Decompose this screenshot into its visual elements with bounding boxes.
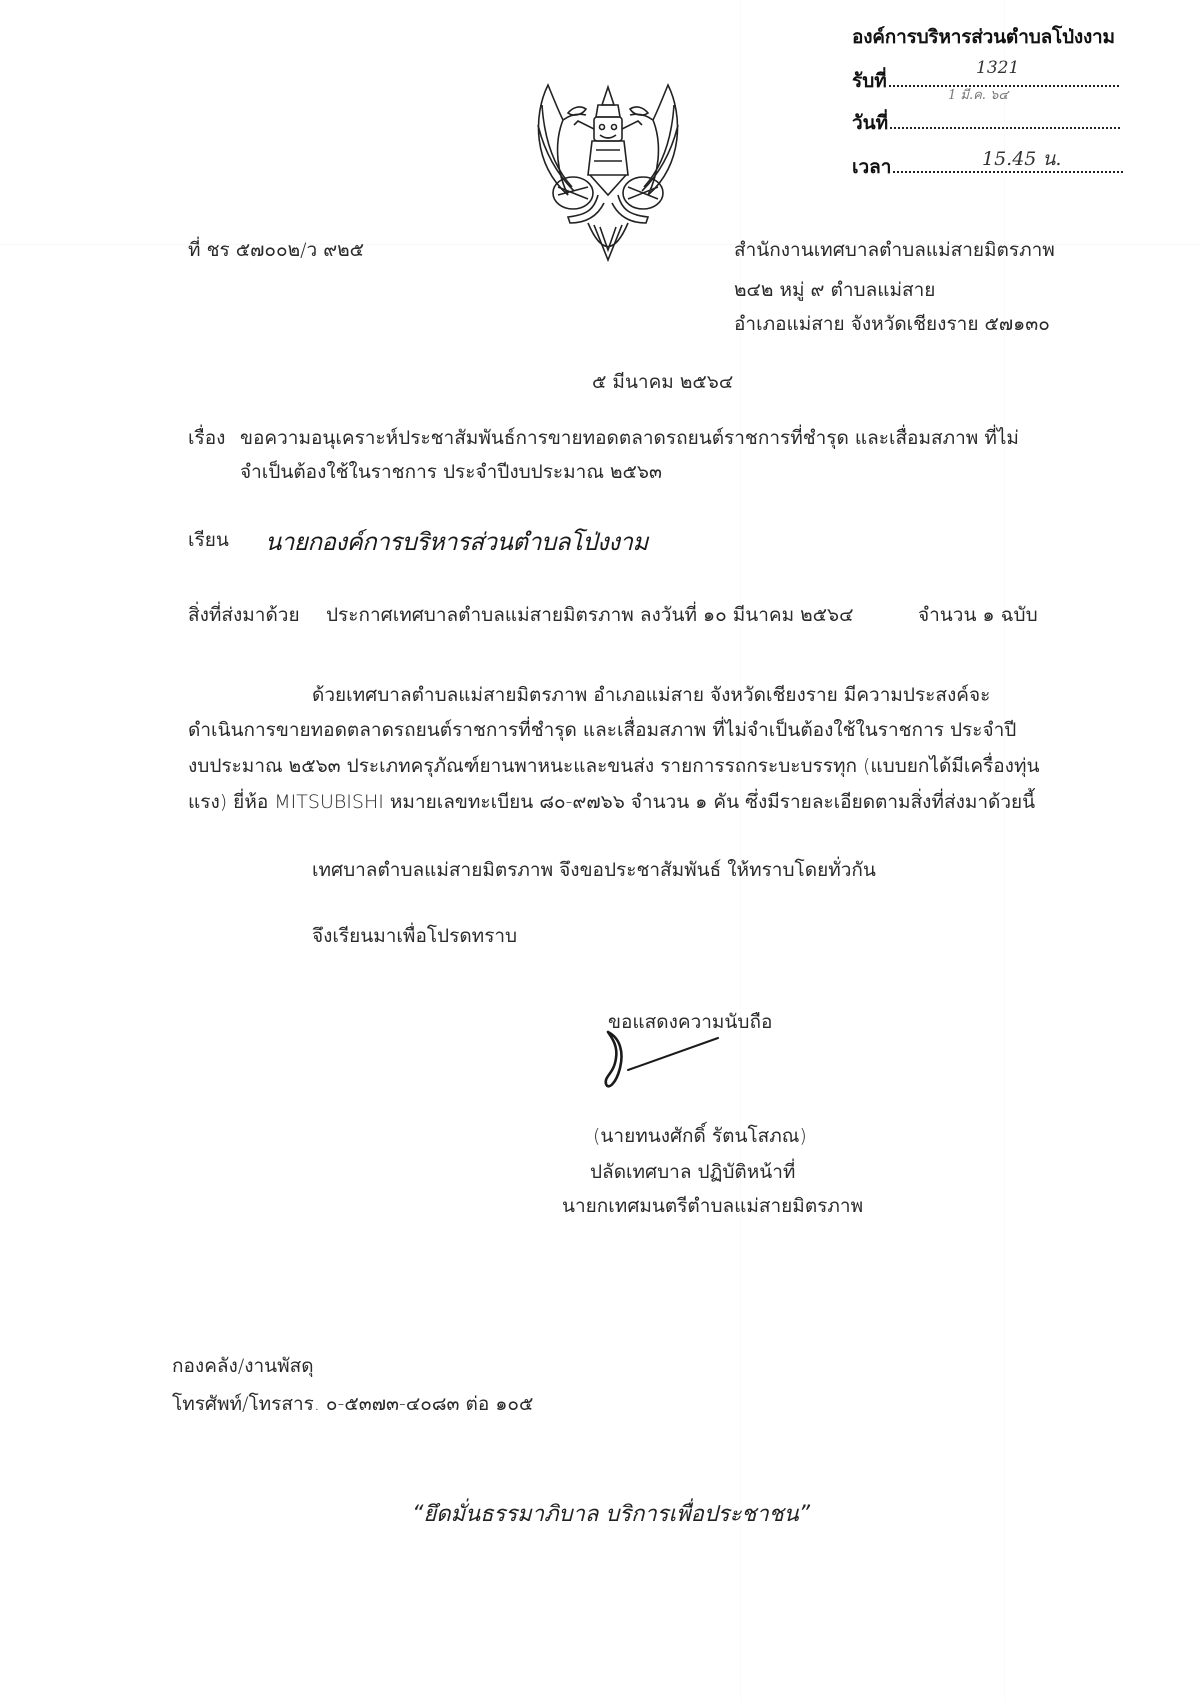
sender-address-line: ๒๔๒ หมู่ ๙ ตำบลแม่สาย xyxy=(734,278,935,302)
signer-title: ปลัดเทศบาล ปฏิบัติหน้าที่ xyxy=(590,1160,795,1184)
subject-line: จำเป็นต้องใช้ในราชการ ประจำปีงบประมาณ ๒๕… xyxy=(240,460,662,484)
stamp-time-value: 15.45 น. xyxy=(982,144,1061,174)
stamp-received-date: 1 มี.ค. ๖๔ xyxy=(948,84,1008,105)
motto: “ยึดมั่นธรรมาภิบาล บริการเพื่อประชาชน” xyxy=(412,1496,810,1531)
signer-name: (นายทนงศักดิ์ รัตนโสภณ) xyxy=(593,1124,807,1148)
stamp-received-number: 1321 xyxy=(976,58,1019,78)
stamp-received-label: รับที่ xyxy=(852,70,887,92)
garuda-emblem-icon xyxy=(528,75,688,270)
stamp-date-label: วันที่ xyxy=(852,112,888,134)
stamp-org-name: องค์การบริหารส่วนตำบลโป่งงาม xyxy=(852,22,1115,52)
body-line: ดำเนินการขายทอดตลาดรถยนต์ราชการที่ชำรุด … xyxy=(188,718,1016,742)
body-line: แรง) ยี่ห้อ MITSUBISHI หมายเลขทะเบียน ๘๐… xyxy=(188,790,1035,814)
enclosure-value: ประกาศเทศบาลตำบลแม่สายมิตรภาพ ลงวันที่ ๑… xyxy=(326,603,854,627)
letter-date: ๕ มีนาคม ๒๕๖๔ xyxy=(592,370,733,394)
enclosure-quantity: จำนวน ๑ ฉบับ xyxy=(918,603,1038,627)
subject-label: เรื่อง xyxy=(188,426,225,450)
body-line: ด้วยเทศบาลตำบลแม่สายมิตรภาพ อำเภอแม่สาย … xyxy=(312,683,990,707)
stamp-date-row: วันที่ xyxy=(852,108,1120,138)
signer-title: นายกเทศมนตรีตำบลแม่สายมิตรภาพ xyxy=(562,1194,863,1218)
to-recipient-handwritten: นายกองค์การบริหารส่วนตำบลโป่งงาม xyxy=(265,522,648,561)
reference-number: ที่ ชร ๕๗๐๐๒/ว ๙๒๕ xyxy=(188,238,364,262)
enclosure-label: สิ่งที่ส่งมาด้วย xyxy=(188,603,300,627)
subject-line: ขอความอนุเคราะห์ประชาสัมพันธ์การขายทอดตล… xyxy=(240,426,1019,450)
sender-address-line: อำเภอแม่สาย จังหวัดเชียงราย ๕๗๑๓๐ xyxy=(734,312,1050,336)
to-label: เรียน xyxy=(188,528,229,552)
sender-address-line: สำนักงานเทศบาลตำบลแม่สายมิตรภาพ xyxy=(734,238,1055,262)
dotted-line xyxy=(890,123,1120,129)
stamp-time-label: เวลา xyxy=(852,156,891,178)
body-line: งบประมาณ ๒๕๖๓ ประเภทครุภัณฑ์ยานพาหนะและข… xyxy=(188,754,1039,778)
closing-request: จึงเรียนมาเพื่อโปรดทราบ xyxy=(312,924,517,948)
department: กองคลัง/งานพัสดุ xyxy=(172,1354,314,1378)
body-line: เทศบาลตำบลแม่สายมิตรภาพ จึงขอประชาสัมพัน… xyxy=(312,858,876,882)
signature-icon xyxy=(600,1028,740,1098)
contact-phone: โทรศัพท์/โทรสาร. ๐-๕๓๗๓-๔๐๘๓ ต่อ ๑๐๕ xyxy=(172,1392,533,1416)
